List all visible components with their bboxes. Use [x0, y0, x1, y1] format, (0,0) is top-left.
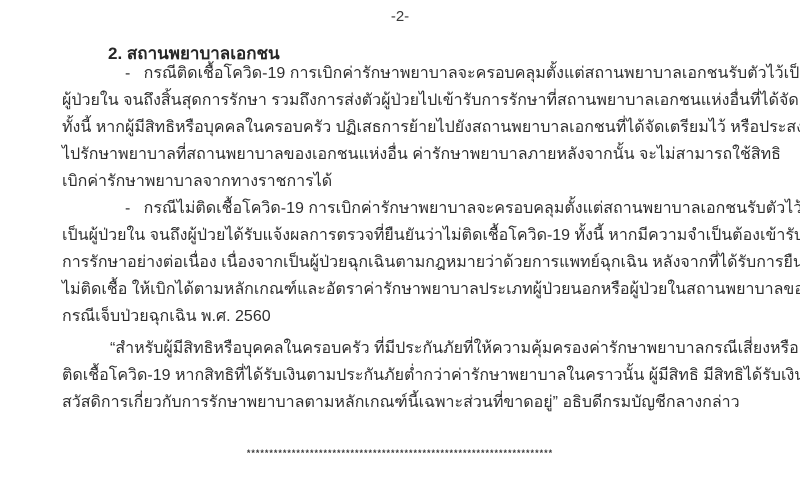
- text-line: เบิกค่ารักษาพยาบาลจากทางราชการได้: [62, 171, 332, 193]
- text-line: - กรณีไม่ติดเชื้อโควิด-19 การเบิกค่ารักษ…: [125, 198, 800, 220]
- text-line: เป็นผู้ป่วยใน จนถึงผู้ป่วยได้รับแจ้งผลกา…: [62, 225, 800, 247]
- text-line: “สำหรับผู้มีสิทธิหรือบุคคลในครอบครัว ที่…: [110, 338, 799, 360]
- document-page: -2- 2. สถานพยาบาลเอกชน - กรณีติดเชื้อโคว…: [0, 0, 800, 502]
- text-line: ติดเชื้อโควิด-19 หากสิทธิที่ได้รับเงินตา…: [62, 365, 800, 387]
- text-line: - กรณีติดเชื้อโควิด-19 การเบิกค่ารักษาพย…: [125, 63, 800, 85]
- text-line: ไม่ติดเชื้อ ให้เบิกได้ตามหลักเกณฑ์และอัต…: [62, 279, 800, 301]
- text-line: ทั้งนี้ หากผู้มีสิทธิหรือบุคคลในครอบครัว…: [62, 117, 800, 139]
- text-line: ไปรักษาพยาบาลที่สถานพยาบาลของเอกชนแห่งอื…: [62, 144, 781, 166]
- page-number: -2-: [0, 8, 800, 25]
- text-line: ผู้ป่วยใน จนถึงสิ้นสุดการรักษา รวมถึงการ…: [62, 90, 800, 112]
- separator-line: ****************************************…: [0, 448, 800, 458]
- text-line: กรณีเจ็บป่วยฉุกเฉิน พ.ศ. 2560: [62, 306, 271, 328]
- text-line: การรักษาอย่างต่อเนื่อง เนื่องจากเป็นผู้ป…: [62, 252, 800, 274]
- text-line: สวัสดิการเกี่ยวกับการรักษาพยาบาลตามหลักเ…: [62, 392, 740, 414]
